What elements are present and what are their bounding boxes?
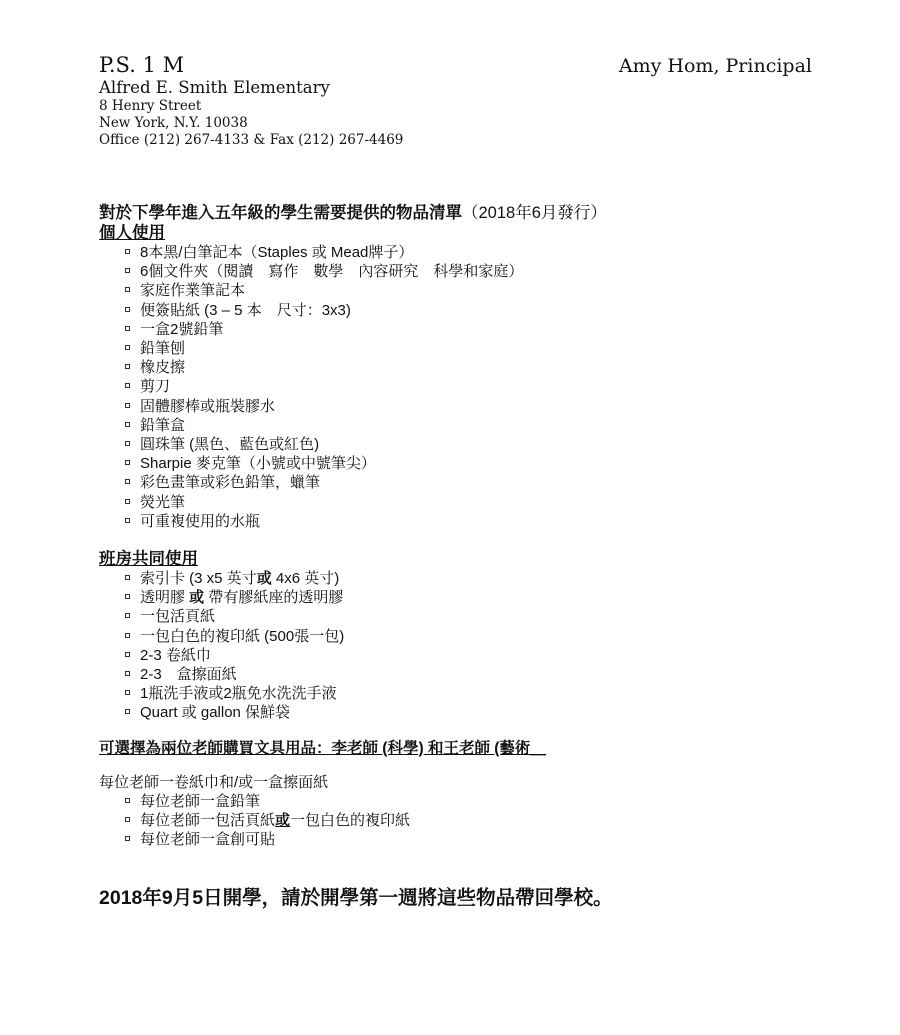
square-bullet-icon [125, 594, 130, 599]
list-item: 圓珠筆 (黑色、藍色或紅色) [99, 435, 859, 454]
square-bullet-icon [125, 479, 130, 484]
square-bullet-icon [125, 364, 130, 369]
square-bullet-icon [125, 613, 130, 618]
square-bullet-icon [125, 287, 130, 292]
street-address: 8 Henry Street [99, 98, 403, 115]
list-item: 2-3 盒擦面紙 [99, 665, 859, 684]
school-code: P.S. 1 M [99, 52, 403, 78]
optional-items-list: 每位老師一盒鉛筆 每位老師一包活頁紙或一包白色的複印紙 每位老師一盒創可貼 [99, 792, 859, 850]
list-item: 每位老師一包活頁紙或一包白色的複印紙 [99, 811, 859, 830]
section-heading-classroom: 班房共同使用 [99, 549, 859, 569]
list-item: 彩色畫筆或彩色鉛筆，蠟筆 [99, 473, 859, 492]
square-bullet-icon [125, 268, 130, 273]
list-item: 固體膠棒或瓶裝膠水 [99, 397, 859, 416]
list-item: 可重複使用的水瓶 [99, 512, 859, 531]
list-item: 便簽貼紙 (3 – 5 本 尺寸：3x3) [99, 301, 859, 320]
square-bullet-icon [125, 575, 130, 580]
school-start-notice: 2018年9月5日開學，請於開學第一週將這些物品帶回學校。 [99, 886, 613, 910]
square-bullet-icon [125, 836, 130, 841]
square-bullet-icon [125, 403, 130, 408]
list-item: 1瓶洗手液或2瓶免水洗洗手液 [99, 684, 859, 703]
classroom-items-list: 索引卡 (3 x5 英寸或 4x6 英寸) 透明膠 或 帶有膠紙座的透明膠 一包… [99, 569, 859, 723]
principal-name: Amy Hom, Principal [619, 54, 812, 78]
square-bullet-icon [125, 422, 130, 427]
list-item: 6個文件夾（閱讀 寫作 數學 內容研究 科學和家庭） [99, 262, 859, 281]
list-item: 索引卡 (3 x5 英寸或 4x6 英寸) [99, 569, 859, 588]
square-bullet-icon [125, 460, 130, 465]
list-item: 鉛筆盒 [99, 416, 859, 435]
personal-items-list: 8本黑/白筆記本（Staples 或 Mead牌子） 6個文件夾（閱讀 寫作 數… [99, 243, 859, 531]
square-bullet-icon [125, 307, 130, 312]
list-item: 一包活頁紙 [99, 607, 859, 626]
section-heading-personal: 個人使用 [99, 223, 859, 243]
school-name: Alfred E. Smith Elementary [99, 78, 403, 98]
list-item: 橡皮擦 [99, 358, 859, 377]
square-bullet-icon [125, 817, 130, 822]
list-item: 熒光筆 [99, 493, 859, 512]
list-item: 透明膠 或 帶有膠紙座的透明膠 [99, 588, 859, 607]
list-item: 8本黑/白筆記本（Staples 或 Mead牌子） [99, 243, 859, 262]
list-item: Sharpie 麥克筆（小號或中號筆尖） [99, 454, 859, 473]
square-bullet-icon [125, 383, 130, 388]
list-item: 每位老師一盒鉛筆 [99, 792, 859, 811]
square-bullet-icon [125, 633, 130, 638]
square-bullet-icon [125, 709, 130, 714]
square-bullet-icon [125, 518, 130, 523]
list-item: 鉛筆刨 [99, 339, 859, 358]
list-item: 一包白色的複印紙 (500張一包) [99, 627, 859, 646]
list-item: Quart 或 gallon 保鮮袋 [99, 703, 859, 722]
title-date: （2018年6月發行） [462, 204, 607, 222]
list-item: 家庭作業筆記本 [99, 281, 859, 300]
teacher-note: 每位老師一卷紙巾和/或一盒擦面紙 [99, 773, 859, 792]
square-bullet-icon [125, 690, 130, 695]
document-title: 對於下學年進入五年級的學生需要提供的物品清單（2018年6月發行） [99, 203, 859, 223]
supply-list: 對於下學年進入五年級的學生需要提供的物品清單（2018年6月發行） 個人使用 8… [99, 203, 859, 849]
title-main: 對於下學年進入五年級的學生需要提供的物品清單 [99, 204, 462, 222]
list-item: 一盒2號鉛筆 [99, 320, 859, 339]
city-address: New York, N.Y. 10038 [99, 115, 403, 132]
square-bullet-icon [125, 671, 130, 676]
square-bullet-icon [125, 441, 130, 446]
square-bullet-icon [125, 326, 130, 331]
square-bullet-icon [125, 249, 130, 254]
square-bullet-icon [125, 499, 130, 504]
square-bullet-icon [125, 345, 130, 350]
letterhead: P.S. 1 M Alfred E. Smith Elementary 8 He… [99, 52, 403, 149]
section-heading-optional: 可選擇為兩位老師購買文具用品：李老師 (科學) 和王老師 (藝術＿ [99, 739, 859, 759]
list-item: 2-3 卷紙巾 [99, 646, 859, 665]
contact-phone-fax: Office (212) 267-4133 & Fax (212) 267-44… [99, 132, 403, 149]
list-item: 每位老師一盒創可貼 [99, 830, 859, 849]
square-bullet-icon [125, 652, 130, 657]
square-bullet-icon [125, 798, 130, 803]
list-item: 剪刀 [99, 377, 859, 396]
